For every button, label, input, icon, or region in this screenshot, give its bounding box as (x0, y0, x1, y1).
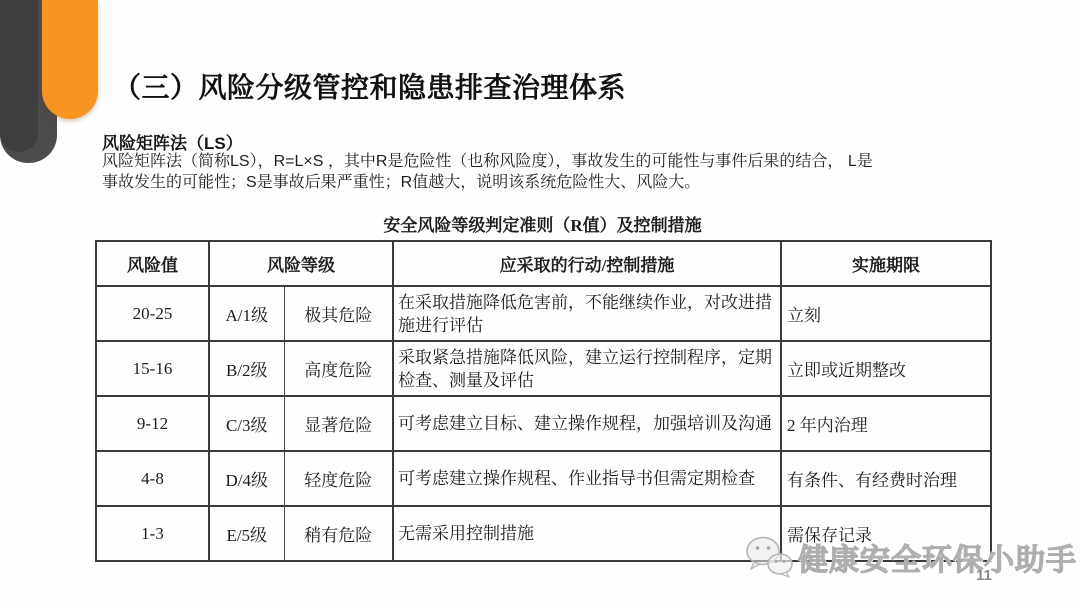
corner-bar-orange (42, 0, 98, 119)
header-action: 应采取的行动/控制措施 (393, 241, 781, 286)
slide-title: （三）风险分级管控和隐患排查治理体系 (113, 66, 626, 106)
cell-action: 在采取措施降低危害前，不能继续作业，对改进措施进行评估 (393, 286, 781, 341)
body-paragraph-line-2: 事故发生的可能性；S是事故后果严重性；R值越大，说明该系统危险性大、风险大。 (102, 173, 1032, 194)
wechat-logo-icon (744, 534, 794, 580)
body-paragraph: 风险矩阵法（简称LS），R=L×S ，其中R是危险性（也称风险度），事故发生的可… (102, 152, 1032, 193)
cell-risk-value: 15-16 (96, 341, 209, 396)
table-row: 9-12 C/3级 显著危险 可考虑建立目标、建立操作规程，加强培训及沟通 2 … (96, 396, 991, 451)
cell-grade-name: 极其危险 (284, 286, 393, 341)
cell-risk-value: 9-12 (96, 396, 209, 451)
header-risk-value: 风险值 (96, 241, 209, 286)
table-row: 15-16 B/2级 高度危险 采取紧急措施降低风险，建立运行控制程序，定期检查… (96, 341, 991, 396)
cell-grade-name: 显著危险 (284, 396, 393, 451)
cell-grade-code: C/3级 (209, 396, 284, 451)
risk-criteria-table: 风险值 风险等级 应采取的行动/控制措施 实施期限 20-25 A/1级 极其危… (95, 240, 992, 562)
cell-deadline: 有条件、有经费时治理 (781, 451, 991, 506)
cell-grade-name: 稍有危险 (284, 506, 393, 561)
cell-grade-code: E/5级 (209, 506, 284, 561)
cell-deadline: 立即或近期整改 (781, 341, 991, 396)
cell-deadline: 2 年内治理 (781, 396, 991, 451)
table-row: 4-8 D/4级 轻度危险 可考虑建立操作规程、作业指导书但需定期检查 有条件、… (96, 451, 991, 506)
cell-action: 可考虑建立操作规程、作业指导书但需定期检查 (393, 451, 781, 506)
cell-grade-name: 轻度危险 (284, 451, 393, 506)
table-row: 20-25 A/1级 极其危险 在采取措施降低危害前，不能继续作业，对改进措施进… (96, 286, 991, 341)
body-paragraph-line-1: 风险矩阵法（简称LS），R=L×S ，其中R是危险性（也称风险度），事故发生的可… (102, 152, 1032, 173)
page-number: 11 (976, 567, 992, 584)
cell-risk-value: 4-8 (96, 451, 209, 506)
watermark-text: 健康安全环保小助手 (798, 535, 1077, 579)
header-deadline: 实施期限 (781, 241, 991, 286)
cell-risk-value: 20-25 (96, 286, 209, 341)
watermark: 健康安全环保小助手 (744, 534, 1077, 580)
cell-grade-code: D/4级 (209, 451, 284, 506)
cell-grade-code: B/2级 (209, 341, 284, 396)
section-subtitle: 风险矩阵法（LS） (102, 129, 243, 154)
cell-deadline: 立刻 (781, 286, 991, 341)
presentation-slide: （三）风险分级管控和隐患排查治理体系 风险矩阵法（LS） 风险矩阵法（简称LS）… (0, 0, 1080, 608)
cell-action: 可考虑建立目标、建立操作规程，加强培训及沟通 (393, 396, 781, 451)
cell-action: 采取紧急措施降低风险，建立运行控制程序，定期检查、测量及评估 (393, 341, 781, 396)
corner-bar-dark-front (0, 0, 38, 152)
cell-grade-code: A/1级 (209, 286, 284, 341)
cell-action: 无需采用控制措施 (393, 506, 781, 561)
table-title: 安全风险等级判定准则（R值）及控制措施 (95, 211, 990, 236)
header-risk-grade: 风险等级 (209, 241, 393, 286)
cell-risk-value: 1-3 (96, 506, 209, 561)
table-header-row: 风险值 风险等级 应采取的行动/控制措施 实施期限 (96, 241, 991, 286)
cell-grade-name: 高度危险 (284, 341, 393, 396)
